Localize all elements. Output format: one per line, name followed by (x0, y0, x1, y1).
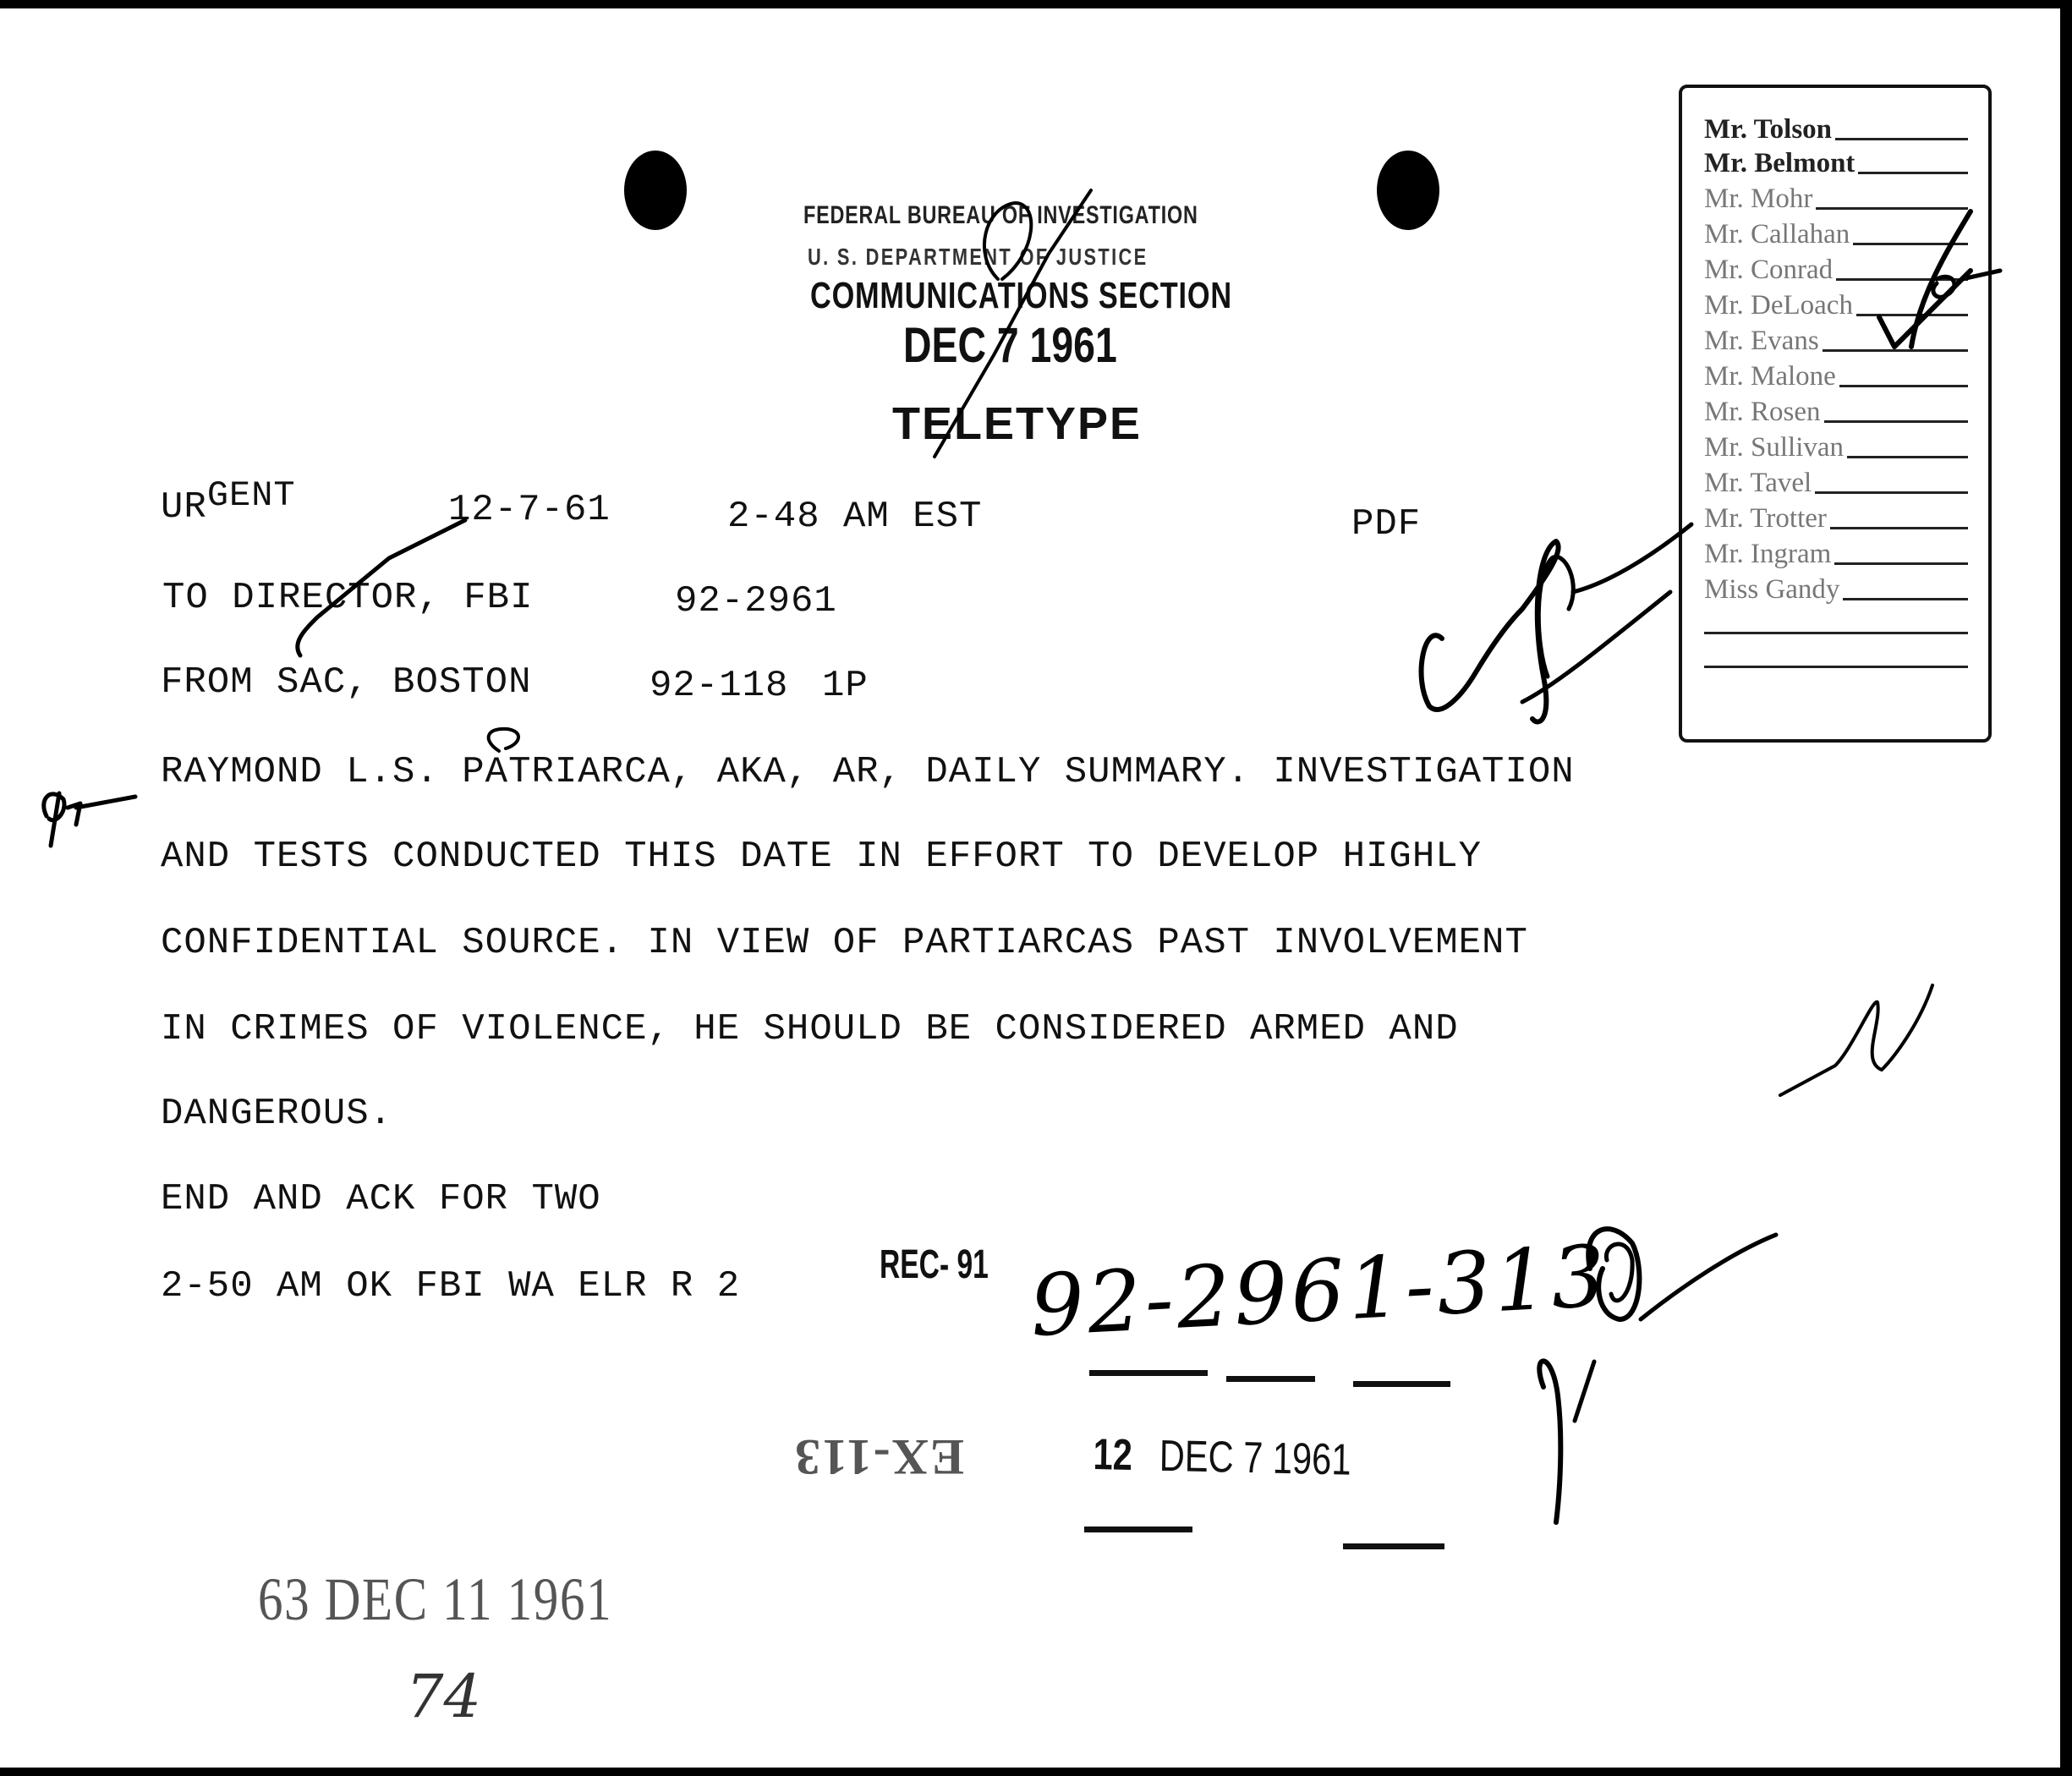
routing-entry: Miss Gandy (1704, 572, 1968, 606)
routing-entry: Mr. Malone (1704, 359, 1968, 392)
routing-entry: Mr. Sullivan (1704, 430, 1968, 463)
punch-hole-right (1377, 151, 1439, 230)
routing-entry: Mr. DeLoach (1704, 288, 1968, 321)
document-type-label: TELETYPE (892, 397, 1142, 450)
section-stamp: COMMUNICATIONS SECTION (810, 275, 1232, 317)
recipient-line: TO DIRECTOR, FBI (162, 577, 533, 619)
routing-entry: Mr. Belmont (1704, 145, 1968, 179)
routing-entry: Mr. Tavel (1704, 465, 1968, 499)
stamp-rule (1089, 1370, 1208, 1376)
stamp-rule (1353, 1381, 1450, 1387)
routing-blank-line (1704, 606, 1968, 639)
ex-stamp: EX-113 (793, 1428, 964, 1486)
message-code: PDF (1351, 503, 1421, 545)
body-line: CONFIDENTIAL SOURCE. IN VIEW OF PARTIARC… (161, 922, 1528, 964)
scan-border-bottom (0, 1768, 2072, 1776)
routing-entry: Mr. Rosen (1704, 394, 1968, 428)
acknowledgement-line: 2-50 AM OK FBI WA ELR R 2 (161, 1265, 740, 1307)
indexed-date-stamp: 12DEC 7 1961 (1093, 1429, 1351, 1486)
scan-border-right (2060, 0, 2072, 1776)
routing-entry: Mr. Callahan (1704, 217, 1968, 250)
sender-line: FROM SAC, BOSTON (161, 661, 531, 704)
recipient-file-number: 92-2961 (675, 580, 837, 622)
agency-stamp-line: FEDERAL BUREAU OF INVESTIGATION (803, 201, 1198, 230)
section-stamp-date: DEC 7 1961 (903, 317, 1117, 374)
department-stamp-line: U. S. DEPARTMENT OF JUSTICE (808, 244, 1148, 271)
routing-slip: Mr. Tolson Mr. Belmont Mr. Mohr Mr. Call… (1679, 85, 1992, 743)
message-time: 2-48 AM EST (727, 496, 982, 538)
document-page: FEDERAL BUREAU OF INVESTIGATION U. S. DE… (0, 0, 2072, 1776)
recorded-stamp: REC- 91 (880, 1242, 989, 1288)
body-line: IN CRIMES OF VIOLENCE, HE SHOULD BE CONS… (161, 1008, 1459, 1050)
routing-entry: Mr. Evans (1704, 323, 1968, 357)
routing-entry: Mr. Ingram (1704, 536, 1968, 570)
priority-suffix: GENT (207, 475, 296, 516)
received-date-stamp: 63 DEC 11 1961 (258, 1565, 612, 1635)
handwritten-file-number: 92-2961-313 (1028, 1226, 1610, 1356)
scan-border-top (0, 0, 2072, 8)
routing-entry: Mr. Mohr (1704, 181, 1968, 215)
body-line: DANGEROUS. (161, 1093, 392, 1135)
body-line: AND TESTS CONDUCTED THIS DATE IN EFFORT … (161, 836, 1482, 878)
routing-blank-line (1704, 639, 1968, 673)
handwritten-mark: 74 (406, 1662, 481, 1731)
stamp-rule (1343, 1543, 1444, 1549)
routing-entry: Mr. Trotter (1704, 501, 1968, 534)
message-date: 12-7-61 (448, 489, 611, 531)
body-line: RAYMOND L.S. PATRIARCA, AKA, AR, DAILY S… (161, 751, 1575, 793)
page-count: 1P (822, 665, 869, 707)
priority-label: URGENT (161, 486, 296, 529)
sender-file-number: 92-118 (650, 665, 788, 707)
routing-entry: Mr. Tolson (1704, 112, 1968, 145)
punch-hole-left (624, 151, 687, 230)
stamp-rule (1084, 1527, 1192, 1532)
end-line: END AND ACK FOR TWO (161, 1178, 601, 1220)
stamp-rule (1226, 1376, 1315, 1382)
priority-prefix: UR (161, 486, 207, 529)
routing-entry: Mr. Conrad (1704, 252, 1968, 286)
